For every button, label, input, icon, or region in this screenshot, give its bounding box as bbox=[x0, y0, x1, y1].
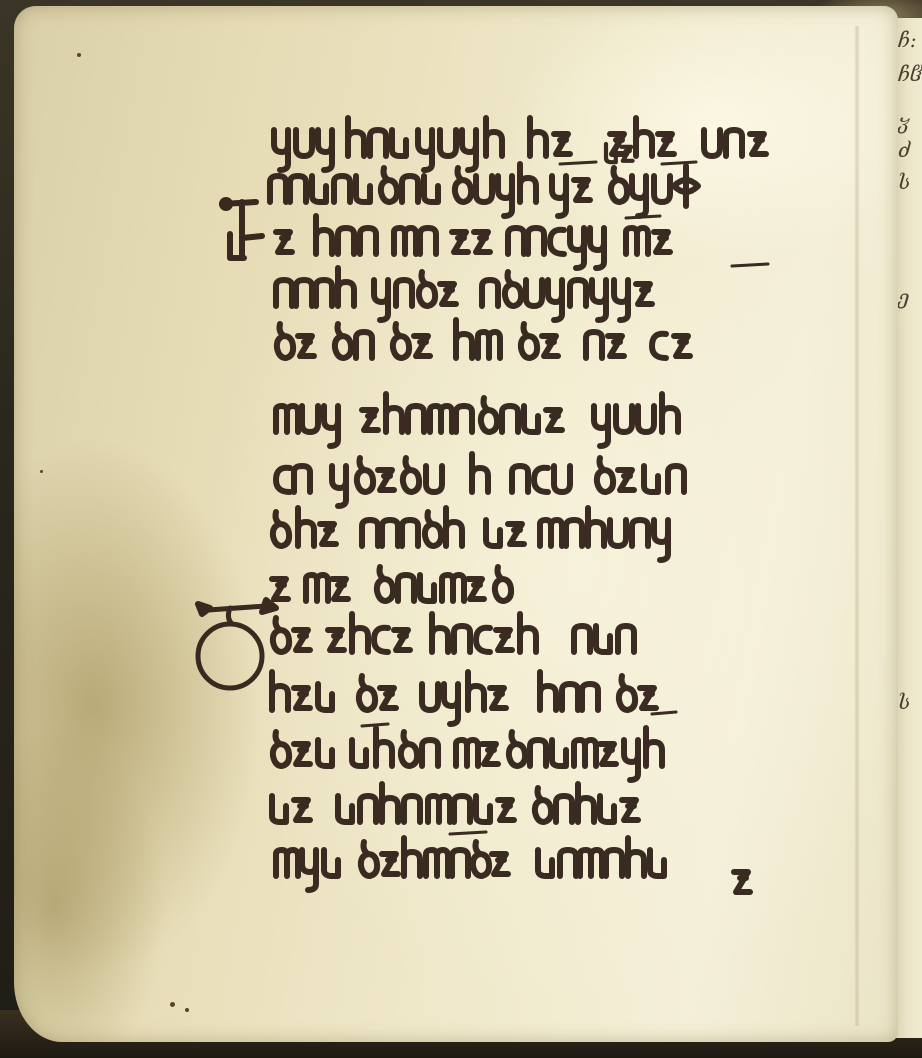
manuscript-text-block bbox=[0, 0, 922, 1058]
large-initial-glyph bbox=[198, 600, 276, 688]
script-line-4 bbox=[276, 264, 768, 320]
script-line-5 bbox=[277, 320, 690, 358]
script-line-6 bbox=[276, 394, 678, 446]
script-line-9 bbox=[272, 567, 511, 601]
small-initial-glyph bbox=[222, 200, 262, 258]
script-line-13 bbox=[272, 784, 638, 822]
script-line-7 bbox=[276, 454, 684, 506]
script-line-10 bbox=[273, 614, 634, 652]
script-line-12 bbox=[273, 712, 676, 780]
script-line-8 bbox=[273, 508, 668, 560]
script-line-14 bbox=[276, 832, 664, 890]
script-line-11 bbox=[272, 672, 656, 724]
nuskhuri-script bbox=[0, 0, 922, 1058]
script-line-3 bbox=[276, 216, 670, 268]
catchword bbox=[734, 872, 750, 892]
